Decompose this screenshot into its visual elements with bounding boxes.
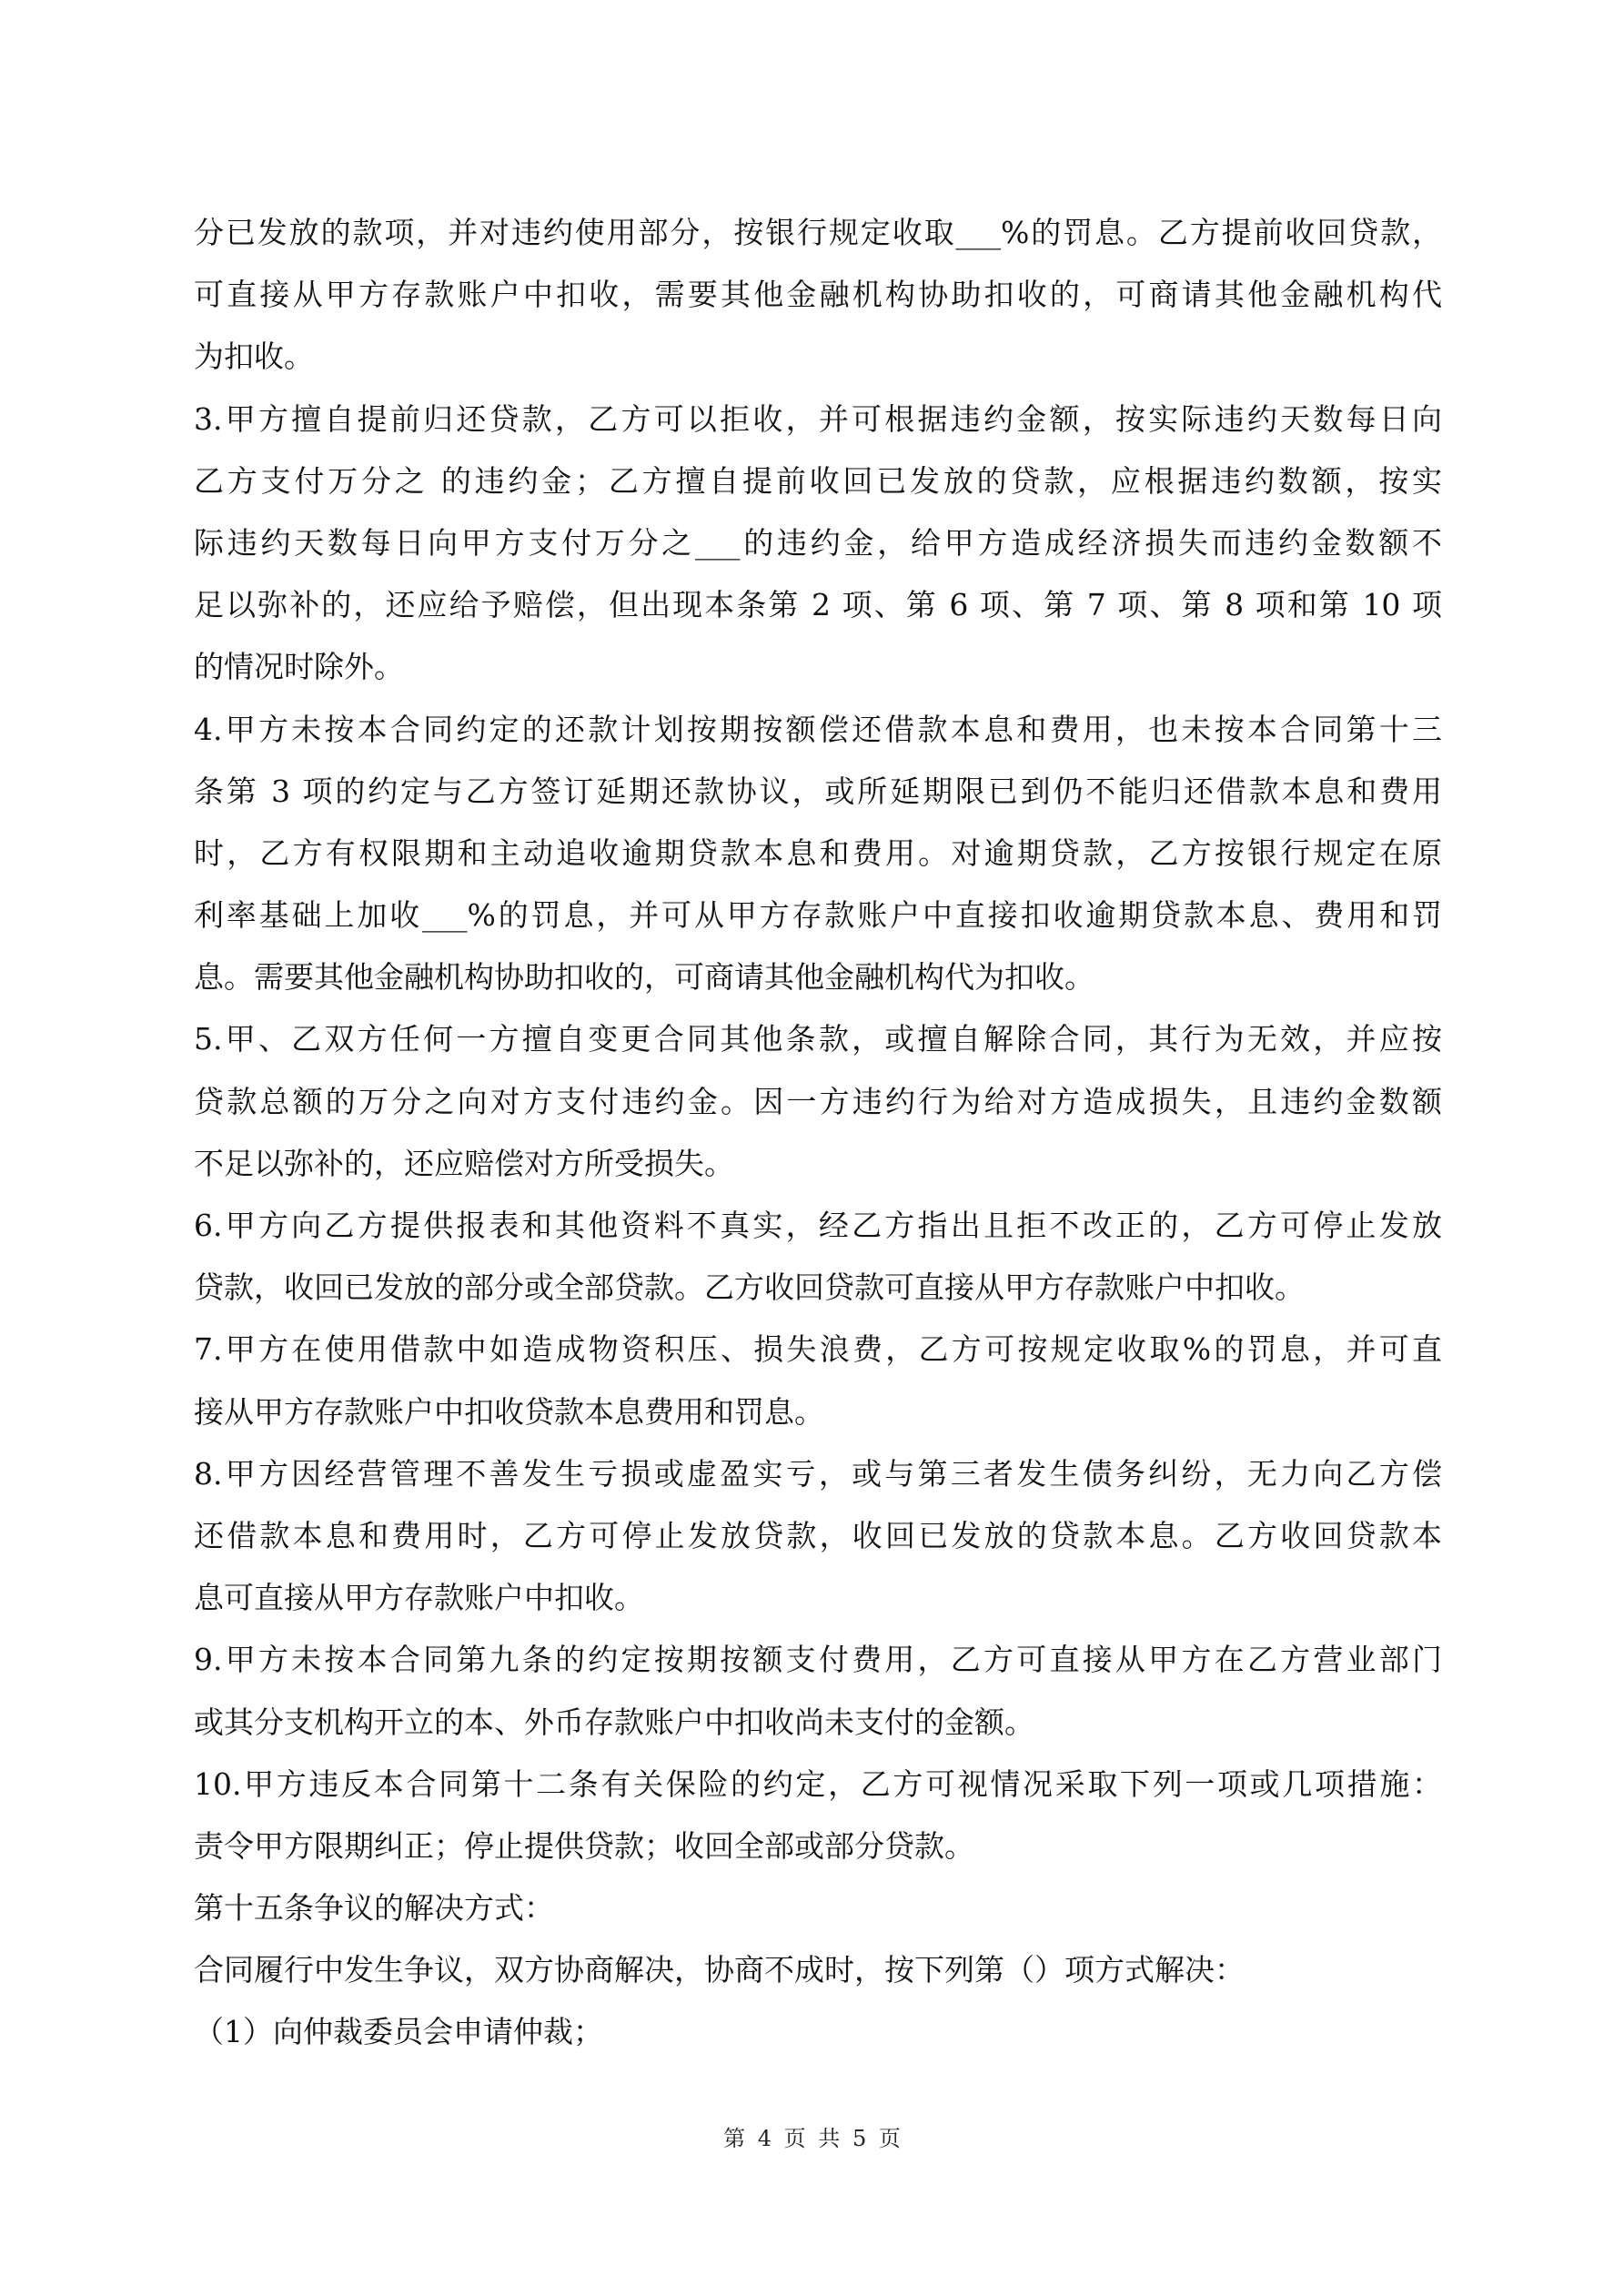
text-line: 8.甲方因经营管理不善发生亏损或虚盈实亏，或与第三者发生债务纠纷，无力向乙方偿 <box>194 1443 1442 1505</box>
text-line: 条第 3 项的约定与乙方签订延期还款协议，或所延期限已到仍不能归还借款本息和费用 <box>194 761 1442 823</box>
text-line: 7.甲方在使用借款中如造成物资积压、损失浪费，乙方可按规定收取%的罚息，并可直 <box>194 1319 1442 1381</box>
text-line: （1）向仲裁委员会申请仲裁； <box>194 2001 1442 2063</box>
text-line: 足以弥补的，还应给予赔偿，但出现本条第 2 项、第 6 项、第 7 项、第 8 … <box>194 574 1442 636</box>
text-line: 为扣收。 <box>194 326 1442 388</box>
text-line: 3.甲方擅自提前归还贷款，乙方可以拒收，并可根据违约金额，按实际违约天数每日向 <box>194 389 1442 450</box>
text-line: 不足以弥补的，还应赔偿对方所受损失。 <box>194 1133 1442 1195</box>
text-line: 贷款总额的万分之向对方支付违约金。因一方违约行为给对方造成损失，且违约金数额 <box>194 1071 1442 1133</box>
text-line: 分已发放的款项，并对违约使用部分，按银行规定收取___%的罚息。乙方提前收回贷款… <box>194 202 1442 264</box>
text-line: 际违约天数每日向甲方支付万分之___的违约金，给甲方造成经济损失而违约金数额不 <box>194 512 1442 574</box>
text-line: 合同履行中发生争议，双方协商解决，协商不成时，按下列第（）项方式解决： <box>194 1939 1442 2001</box>
text-line: 10.甲方违反本合同第十二条有关保险的约定，乙方可视情况采取下列一项或几项措施： <box>194 1754 1442 1816</box>
document-page: 分已发放的款项，并对违约使用部分，按银行规定收取___%的罚息。乙方提前收回贷款… <box>0 0 1624 2296</box>
text-line: 贷款，收回已发放的部分或全部贷款。乙方收回贷款可直接从甲方存款账户中扣收。 <box>194 1257 1442 1319</box>
text-line: 还借款本息和费用时，乙方可停止发放贷款，收回已发放的贷款本息。乙方收回贷款本 <box>194 1505 1442 1567</box>
document-body: 分已发放的款项，并对违约使用部分，按银行规定收取___%的罚息。乙方提前收回贷款… <box>194 202 1442 2064</box>
text-line: 息。需要其他金融机构协助扣收的，可商请其他金融机构代为扣收。 <box>194 946 1442 1008</box>
text-line: 的情况时除外。 <box>194 636 1442 698</box>
text-line: 息可直接从甲方存款账户中扣收。 <box>194 1567 1442 1629</box>
text-line: 乙方支付万分之 的违约金；乙方擅自提前收回已发放的贷款，应根据违约数额，按实 <box>194 450 1442 512</box>
text-line: 责令甲方限期纠正；停止提供贷款；收回全部或部分贷款。 <box>194 1816 1442 1877</box>
text-line: 4.甲方未按本合同约定的还款计划按期按额偿还借款本息和费用，也未按本合同第十三 <box>194 699 1442 761</box>
text-line: 利率基础上加收___%的罚息，并可从甲方存款账户中直接扣收逾期贷款本息、费用和罚 <box>194 885 1442 946</box>
text-line: 时，乙方有权限期和主动追收逾期贷款本息和费用。对逾期贷款，乙方按银行规定在原 <box>194 823 1442 885</box>
section-heading: 第十五条争议的解决方式： <box>194 1877 1442 1939</box>
text-line: 5.甲、乙双方任何一方擅自变更合同其他条款，或擅自解除合同，其行为无效，并应按 <box>194 1008 1442 1070</box>
text-line: 6.甲方向乙方提供报表和其他资料不真实，经乙方指出且拒不改正的，乙方可停止发放 <box>194 1195 1442 1257</box>
text-line: 接从甲方存款账户中扣收贷款本息费用和罚息。 <box>194 1381 1442 1443</box>
text-line: 9.甲方未按本合同第九条的约定按期按额支付费用，乙方可直接从甲方在乙方营业部门 <box>194 1629 1442 1691</box>
page-number: 第 4 页 共 5 页 <box>0 2120 1624 2152</box>
text-line: 可直接从甲方存款账户中扣收，需要其他金融机构协助扣收的，可商请其他金融机构代 <box>194 264 1442 326</box>
text-line: 或其分支机构开立的本、外币存款账户中扣收尚未支付的金额。 <box>194 1692 1442 1754</box>
